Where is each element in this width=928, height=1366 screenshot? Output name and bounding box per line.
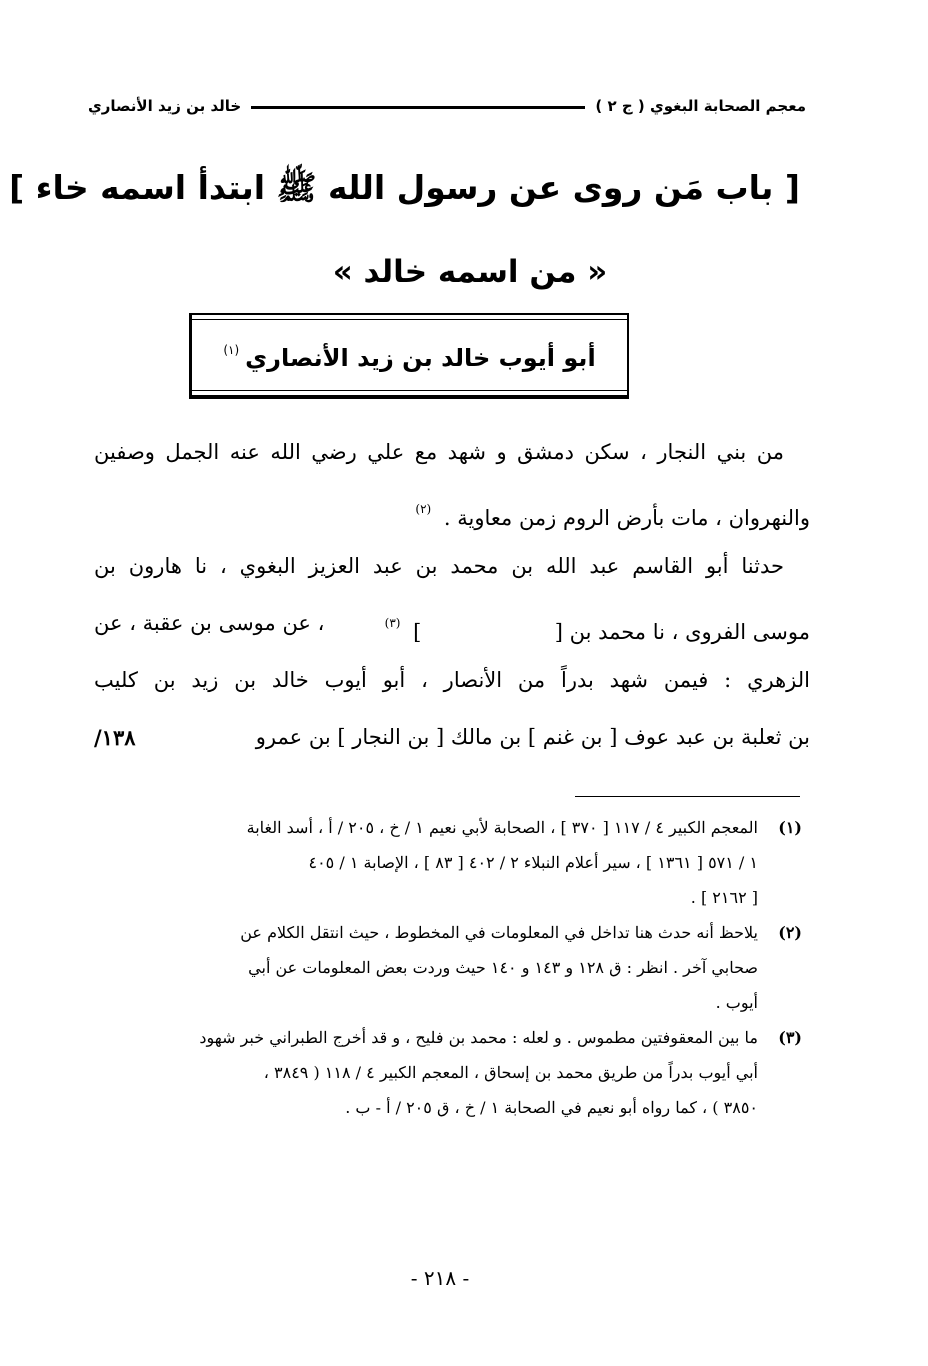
footnote-line: [ ٢١٦٢ ] . (80, 880, 758, 915)
footnote-text: يلاحظ أنه حدث هنا تداخل في المعلومات في … (80, 915, 758, 1020)
body-line: موسى الفروى ، نا محمد بن [ ] (٣) ، عن مو… (94, 595, 810, 652)
footnote-line: ٣٨٥٠ ) ، كما رواه أبو نعيم في الصحابة ١ … (80, 1090, 758, 1125)
footnote-ref-2[interactable]: (٢) (415, 502, 431, 516)
footnote-line: ما بين المعقوفتين مطموس . و لعله : محمد … (80, 1020, 758, 1055)
running-header-book-title: معجم الصحابة البغوي ( ج ٢ ) (595, 97, 806, 115)
footnote-text: المعجم الكبير ٤ / ١١٧ [ ٣٧٠ ] ، الصحابة … (80, 810, 758, 915)
entry-title-box: أبو أيوب خالد بن زيد الأنصاري(١) (189, 313, 629, 399)
footnote-3: (٣) ما بين المعقوفتين مطموس . و لعله : م… (80, 1020, 802, 1125)
manuscript-folio-marker: /١٣٨ (94, 709, 136, 766)
footnote-ref-3[interactable]: (٣) (385, 616, 401, 630)
body-text-segment: موسى الفروى ، نا محمد بن [ (555, 620, 810, 644)
footnote-line: أبي أيوب بدراً من طريق محمد بن إسحاق ، ا… (80, 1055, 758, 1090)
footnote-1: (١) المعجم الكبير ٤ / ١١٧ [ ٣٧٠ ] ، الصح… (80, 810, 802, 915)
body-text: من بني النجار ، سكن دمشق و شهد مع علي رض… (94, 424, 810, 766)
page-number: - ٢١٨ - (360, 1266, 520, 1290)
footnote-number: (٢) (758, 915, 802, 1020)
body-line: الزهري : فيمن شهد بدراً من الأنصار ، أبو… (94, 652, 810, 709)
footnote-line: صحابي آخر . انظر : ق ١٢٨ و ١٤٣ و ١٤٠ حيث… (80, 950, 758, 985)
footnote-text: ما بين المعقوفتين مطموس . و لعله : محمد … (80, 1020, 758, 1125)
document-page: معجم الصحابة البغوي ( ج ٢ ) خالد بن زيد … (0, 0, 928, 1366)
footnote-number: (١) (758, 810, 802, 915)
entry-title-text: أبو أيوب خالد بن زيد الأنصاري (245, 344, 596, 372)
body-line-text: بن ثعلبة بن عبد عوف [ بن غنم ] بن مالك [… (256, 709, 810, 766)
footnotes: (١) المعجم الكبير ٤ / ١١٧ [ ٣٧٠ ] ، الصح… (80, 810, 802, 1125)
chapter-subtitle: « من اسمه خالد » (200, 254, 740, 290)
body-line: حدثنا أبو القاسم عبد الله بن محمد بن عبد… (94, 538, 810, 595)
running-header: معجم الصحابة البغوي ( ج ٢ ) خالد بن زيد … (88, 92, 806, 120)
body-line-text: والنهروان ، مات بأرض الروم زمن معاوية . (444, 506, 810, 530)
running-header-entry-name: خالد بن زيد الأنصاري (88, 97, 241, 115)
running-header-rule (251, 106, 585, 109)
footnote-line: المعجم الكبير ٤ / ١١٧ [ ٣٧٠ ] ، الصحابة … (80, 810, 758, 845)
body-text-segment: ، عن موسى بن عقبة ، عن (94, 595, 324, 652)
chapter-title: [ باب مَن روى عن رسول الله ﷺ ابتدأ اسمه … (120, 168, 800, 216)
body-line-text: موسى الفروى ، نا محمد بن [ ] (٣) (385, 595, 810, 652)
body-line: بن ثعلبة بن عبد عوف [ بن غنم ] بن مالك [… (94, 709, 810, 766)
footnote-separator (575, 796, 800, 797)
footnote-2: (٢) يلاحظ أنه حدث هنا تداخل في المعلومات… (80, 915, 802, 1020)
footnote-line: يلاحظ أنه حدث هنا تداخل في المعلومات في … (80, 915, 758, 950)
footnote-number: (٣) (758, 1020, 802, 1125)
footnote-line: ١ / ٥٧١ [ ١٣٦١ ] ، سير أعلام النبلاء ٢ /… (80, 845, 758, 880)
body-line: والنهروان ، مات بأرض الروم زمن معاوية . … (94, 481, 810, 538)
footnote-ref-1[interactable]: (١) (223, 343, 239, 357)
bracket-close: ] (413, 620, 421, 644)
body-line: من بني النجار ، سكن دمشق و شهد مع علي رض… (94, 424, 810, 481)
footnote-line: أيوب . (80, 985, 758, 1020)
entry-title: أبو أيوب خالد بن زيد الأنصاري(١) (192, 343, 627, 372)
